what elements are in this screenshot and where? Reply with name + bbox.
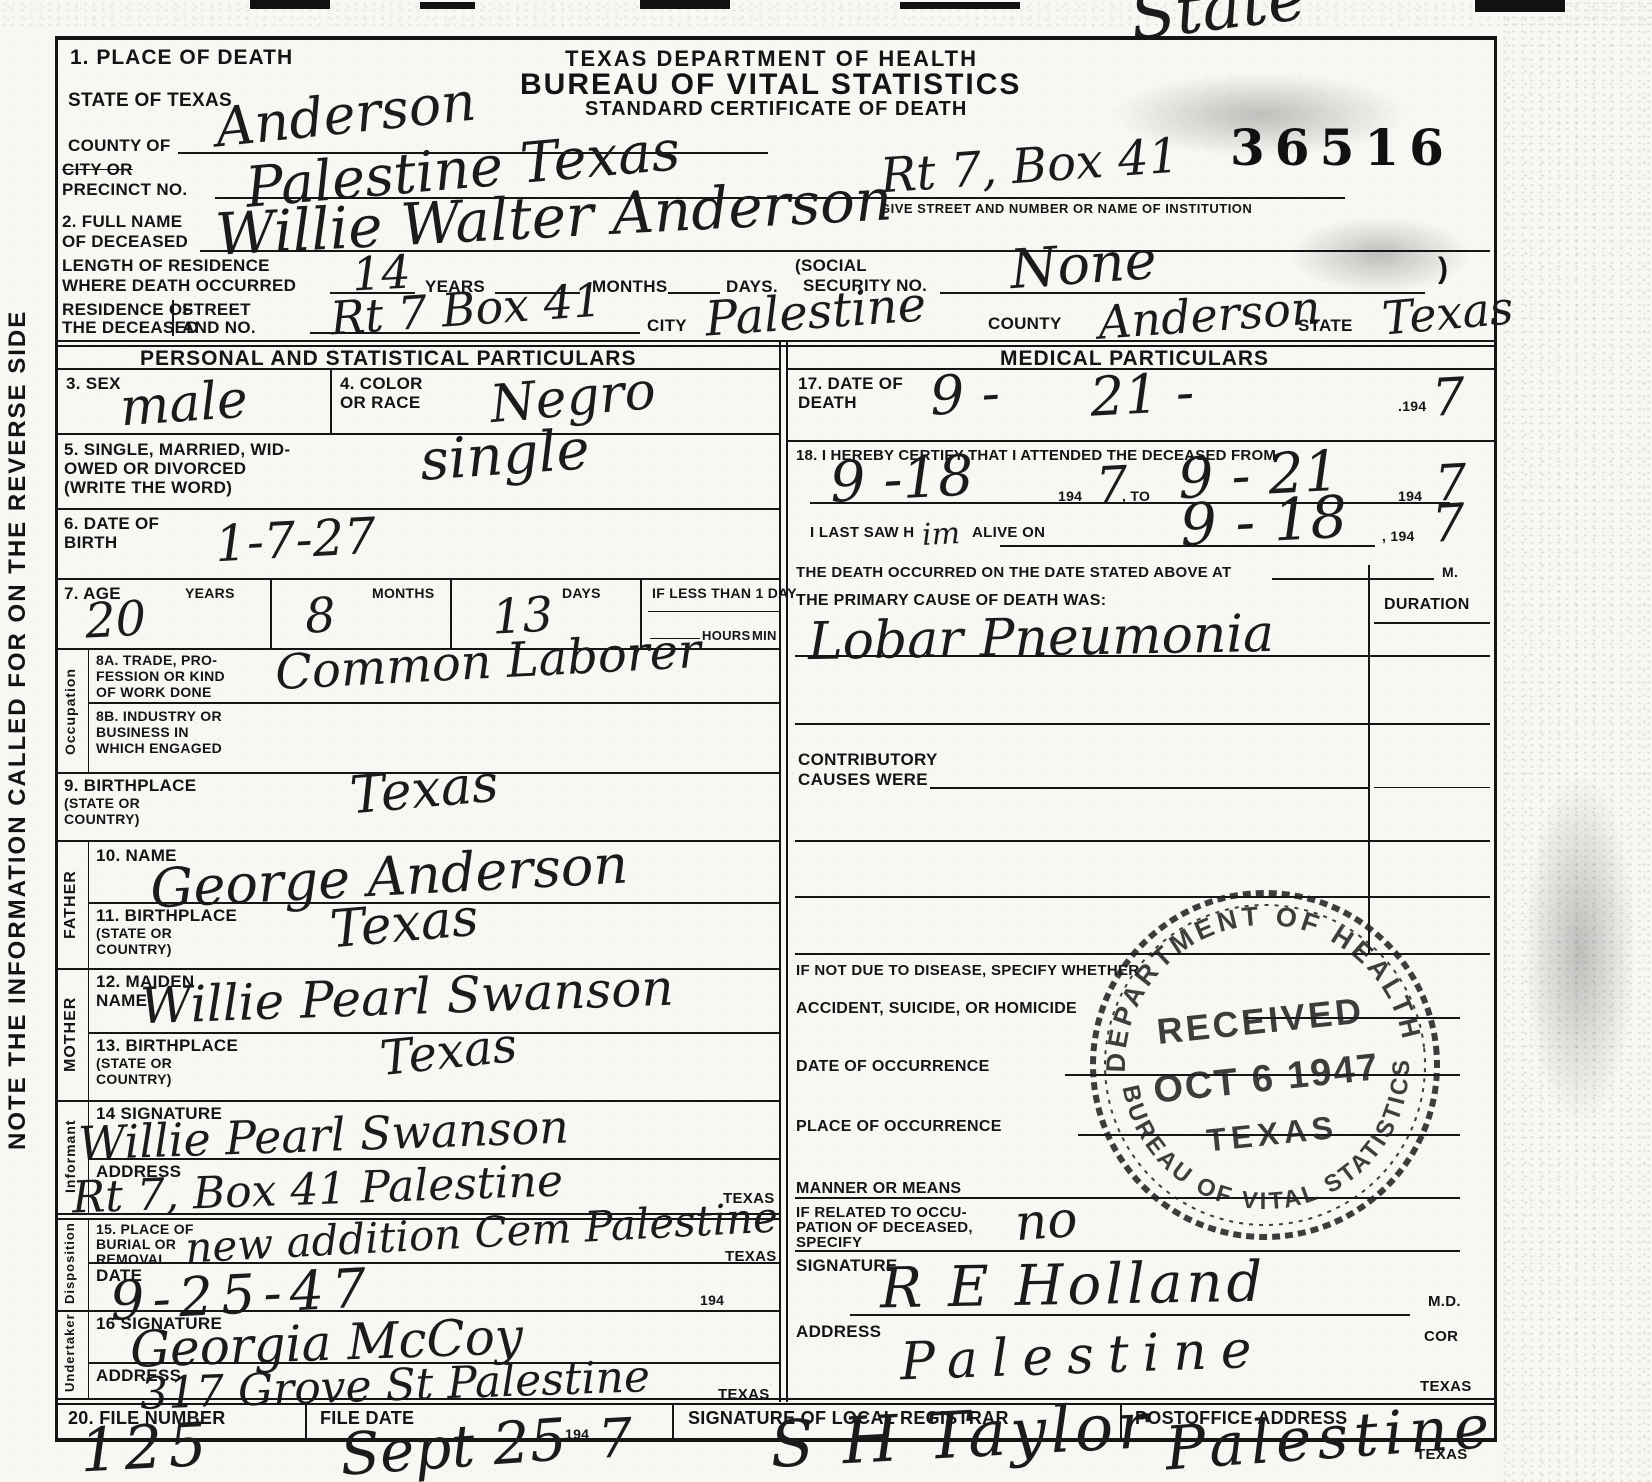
burial-year-print: 194 xyxy=(700,1292,724,1308)
street-hint-label: GIVE STREET AND NUMBER OR NAME OF INSTIT… xyxy=(880,201,1252,216)
physician-addr-label: ADDRESS xyxy=(796,1322,881,1342)
row-line xyxy=(57,840,779,842)
dod-label2: DEATH xyxy=(798,393,857,413)
sex-label: 3. SEX xyxy=(66,374,121,394)
trade-handwriting: Common Laborer xyxy=(274,627,702,697)
full-name-label2: OF DECEASED xyxy=(62,232,188,252)
form-border-right xyxy=(1494,36,1497,1440)
residence-state-handwriting: Texas xyxy=(1380,284,1515,341)
residence-street-line xyxy=(310,332,640,334)
certify-line xyxy=(810,502,1450,504)
ruled-line xyxy=(795,840,1490,842)
less-box-line xyxy=(648,611,779,612)
column-divider xyxy=(786,340,788,1402)
age-years-label: YEARS xyxy=(185,585,235,601)
industry-label1: 8B. INDUSTRY OR xyxy=(96,708,222,724)
ruled-line xyxy=(795,723,1490,725)
physician-texas-label: TEXAS xyxy=(1420,1378,1472,1395)
paper-blot xyxy=(1500,700,1652,1200)
mother-bp-label2: (STATE OR xyxy=(96,1055,172,1071)
mother-bp-handwriting: Texas xyxy=(378,1021,519,1083)
industry-label3: WHICH ENGAGED xyxy=(96,740,222,756)
occurred-line xyxy=(1272,578,1434,580)
father-bp-handwriting: Texas xyxy=(328,892,480,957)
dob-label2: BIRTH xyxy=(64,533,117,553)
column-divider xyxy=(779,340,781,1402)
marital-label2: OWED OR DIVORCED xyxy=(64,459,246,479)
footer-top-line xyxy=(55,1403,1497,1405)
dob-handwriting: 1-7-27 xyxy=(214,511,377,569)
ssn-close-paren: ) xyxy=(1438,252,1448,286)
city-or-label: CITY OR xyxy=(62,160,133,180)
contrib-line xyxy=(930,787,1368,789)
death-certificate-scan: State NOTE THE INFORMATION CALLED FOR ON… xyxy=(0,0,1652,1482)
county-label2: COUNTY xyxy=(988,314,1062,334)
row-line xyxy=(89,1262,779,1264)
row-line xyxy=(57,578,779,580)
related-label3: SPECIFY xyxy=(796,1234,862,1251)
maiden-handwriting: Willie Pearl Swanson xyxy=(139,963,674,1032)
personal-header-underline xyxy=(57,368,779,370)
related-handwriting: no xyxy=(1013,1194,1079,1248)
hours-label: HOURS xyxy=(702,628,750,643)
city-label: CITY xyxy=(647,316,687,336)
row-line xyxy=(57,1100,779,1102)
street-label1: STREET xyxy=(182,300,251,320)
age-months-handwriting: 8 xyxy=(304,591,337,641)
side-strip-line xyxy=(88,1218,89,1310)
residence-county-handwriting: Anderson xyxy=(1097,284,1322,345)
row-line xyxy=(89,702,779,704)
undertaker-side-label: Undertaker xyxy=(62,1310,77,1396)
dob-label1: 6. DATE OF xyxy=(64,514,159,534)
marital-label1: 5. SINGLE, MARRIED, WID- xyxy=(64,440,290,460)
color-label2: OR RACE xyxy=(340,393,421,413)
father-bp-label3: COUNTRY) xyxy=(96,941,172,957)
top-smudge xyxy=(1475,0,1565,12)
top-margin-noise xyxy=(0,0,1652,30)
duration-ruled xyxy=(1374,787,1490,788)
length-res-label2: WHERE DEATH OCCURRED xyxy=(62,276,296,296)
stamp-received: RECEIVED xyxy=(1155,989,1366,1052)
street-number-handwriting: Rt 7, Box 41 xyxy=(879,132,1181,201)
disposition-side-label: Disposition xyxy=(62,1218,77,1308)
stamp-date: OCT 6 1947 xyxy=(1151,1046,1381,1111)
lastsaw-label1: I LAST SAW H xyxy=(810,524,914,541)
registrar-sig-handwriting: S H Taylor xyxy=(769,1394,1154,1478)
footer-divider xyxy=(672,1403,674,1438)
form-border-left xyxy=(55,36,58,1440)
age-years-handwriting: 20 xyxy=(84,594,148,645)
bureau-title: BUREAU OF VITAL STATISTICS xyxy=(520,68,1021,102)
burial-label1: 15. PLACE OF xyxy=(96,1221,194,1237)
length-res-label1: LENGTH OF RESIDENCE xyxy=(62,256,270,276)
physician-sig-handwriting: R E Holland xyxy=(880,1255,1267,1318)
place-of-death-label: 1. PLACE OF DEATH xyxy=(70,46,293,70)
duration-underline xyxy=(1374,622,1490,624)
lastsaw-squiggle-handwriting: im xyxy=(921,519,961,551)
burial-label2: BURIAL OR xyxy=(96,1236,176,1252)
trade-label2: FESSION OR KIND xyxy=(96,668,225,684)
dod-day-handwriting: 21 - xyxy=(1089,365,1196,424)
age-divider xyxy=(270,578,272,648)
top-smudge xyxy=(420,2,475,9)
file-date-year-handwriting: 7 xyxy=(597,1411,634,1467)
state-of-texas-label: STATE OF TEXAS xyxy=(68,90,232,112)
street-label2: AND NO. xyxy=(182,318,256,338)
min-label: MIN xyxy=(752,628,777,643)
mother-bp-label3: COUNTRY) xyxy=(96,1071,172,1087)
physician-addr-handwriting: Palestine xyxy=(899,1324,1266,1389)
dod-month-handwriting: 9 - xyxy=(929,366,1002,424)
lastsaw-year-handwriting: 7 xyxy=(1431,497,1467,551)
birthplace-label1: 9. BIRTHPLACE xyxy=(64,776,196,796)
footer-divider xyxy=(305,1403,307,1438)
sex-handwriting: male xyxy=(118,374,249,435)
industry-label2: BUSINESS IN xyxy=(96,724,189,740)
burial-label3: REMOVAL xyxy=(96,1251,167,1267)
side-strip-line xyxy=(88,968,89,1100)
stamp-state: TEXAS xyxy=(1205,1109,1340,1159)
marital-label3: (WRITE THE WORD) xyxy=(64,478,232,498)
top-smudge xyxy=(640,0,730,9)
accident-label: ACCIDENT, SUICIDE, OR HOMICIDE xyxy=(796,1000,1077,1018)
lastsaw-line xyxy=(1000,545,1375,547)
lastsaw-label2: ALIVE ON xyxy=(972,524,1045,541)
age-days-label: DAYS xyxy=(562,585,601,601)
occurred-label: THE DEATH OCCURRED ON THE DATE STATED AB… xyxy=(796,564,1231,581)
file-date-handwriting: Sept 25 xyxy=(338,1410,568,1482)
undertaker-texas-label: TEXAS xyxy=(718,1386,770,1403)
file-number-handwriting: 125 xyxy=(79,1415,214,1482)
side-strip-line xyxy=(88,1310,89,1398)
mother-bp-label1: 13. BIRTHPLACE xyxy=(96,1036,238,1056)
footer-texas-label: TEXAS xyxy=(1416,1446,1468,1463)
cor-label: COR xyxy=(1424,1328,1458,1345)
father-side-label: FATHER xyxy=(62,846,80,964)
color-label1: 4. COLOR xyxy=(340,374,423,394)
birthplace-label3: COUNTRY) xyxy=(64,811,140,827)
birthplace-label2: (STATE OR xyxy=(64,795,140,811)
cause-handwriting: Lobar Pneumonia xyxy=(808,608,1275,668)
ssn-label1: (SOCIAL xyxy=(795,256,867,276)
marital-handwriting: single xyxy=(418,422,591,490)
state-label: STATE xyxy=(1298,316,1353,336)
father-bp-label1: 11. BIRTHPLACE xyxy=(96,906,237,926)
occurred-m-label: M. xyxy=(1442,564,1458,580)
reverse-side-note: NOTE THE INFORMATION CALLED FOR ON THE R… xyxy=(4,280,32,1180)
certificate-number: 36516 xyxy=(1230,118,1454,177)
side-strip-line xyxy=(88,840,89,968)
residence-city-handwriting: Palestine xyxy=(704,280,928,343)
duration-label: DURATION xyxy=(1384,596,1470,614)
lastsaw-year-print: , 194 xyxy=(1382,528,1415,544)
footer-top-line xyxy=(55,1398,1497,1400)
manner-label: MANNER OR MEANS xyxy=(796,1180,961,1198)
md-label: M.D. xyxy=(1428,1293,1461,1310)
mother-side-label: MOTHER xyxy=(62,974,80,1094)
dod-year-print: .194 xyxy=(1398,398,1426,414)
residence-divider xyxy=(172,300,174,336)
birthplace-handwriting: Texas xyxy=(348,758,500,823)
county-of-label: COUNTY OF xyxy=(68,136,171,156)
trade-label1: 8A. TRADE, PRO- xyxy=(96,652,217,668)
father-bp-label2: (STATE OR xyxy=(96,925,172,941)
age-months-label: MONTHS xyxy=(372,585,434,601)
trade-label3: OF WORK DONE xyxy=(96,684,212,700)
place-occurrence-label: PLACE OF OCCURRENCE xyxy=(796,1118,1002,1136)
side-strip-line xyxy=(88,648,89,772)
form-border-top xyxy=(55,36,1497,40)
file-date-year-print: 194 xyxy=(565,1426,589,1442)
physician-sig-line xyxy=(850,1314,1410,1316)
dod-label1: 17. DATE OF xyxy=(798,374,903,394)
contrib-label1: CONTRIBUTORY xyxy=(798,750,938,770)
section-divider-line xyxy=(55,340,1497,342)
dod-year-handwriting: 7 xyxy=(1431,371,1467,425)
row-line xyxy=(786,440,1494,442)
occupation-side-label: Occupation xyxy=(62,652,78,770)
full-name-label1: 2. FULL NAME xyxy=(62,212,182,232)
residence-label2: THE DECEASED xyxy=(62,318,199,338)
received-stamp: DEPARTMENT OF HEALTH BUREAU OF VITAL STA… xyxy=(1065,865,1465,1265)
less-than-day-label: IF LESS THAN 1 DAY xyxy=(652,585,797,601)
sex-color-divider xyxy=(330,368,332,433)
top-scribble-handwriting: State xyxy=(1127,0,1310,51)
months-label: MONTHS xyxy=(592,277,667,297)
precinct-no-label: PRECINCT NO. xyxy=(62,180,187,200)
date-occurrence-label: DATE OF OCCURRENCE xyxy=(796,1058,990,1076)
contrib-label2: CAUSES WERE xyxy=(798,770,928,790)
top-smudge xyxy=(250,0,330,9)
top-smudge xyxy=(900,2,1020,9)
cause-line xyxy=(795,655,1490,657)
ssn-handwriting: None xyxy=(1008,233,1158,297)
row-line xyxy=(57,508,779,510)
cert-title: STANDARD CERTIFICATE OF DEATH xyxy=(585,98,967,121)
